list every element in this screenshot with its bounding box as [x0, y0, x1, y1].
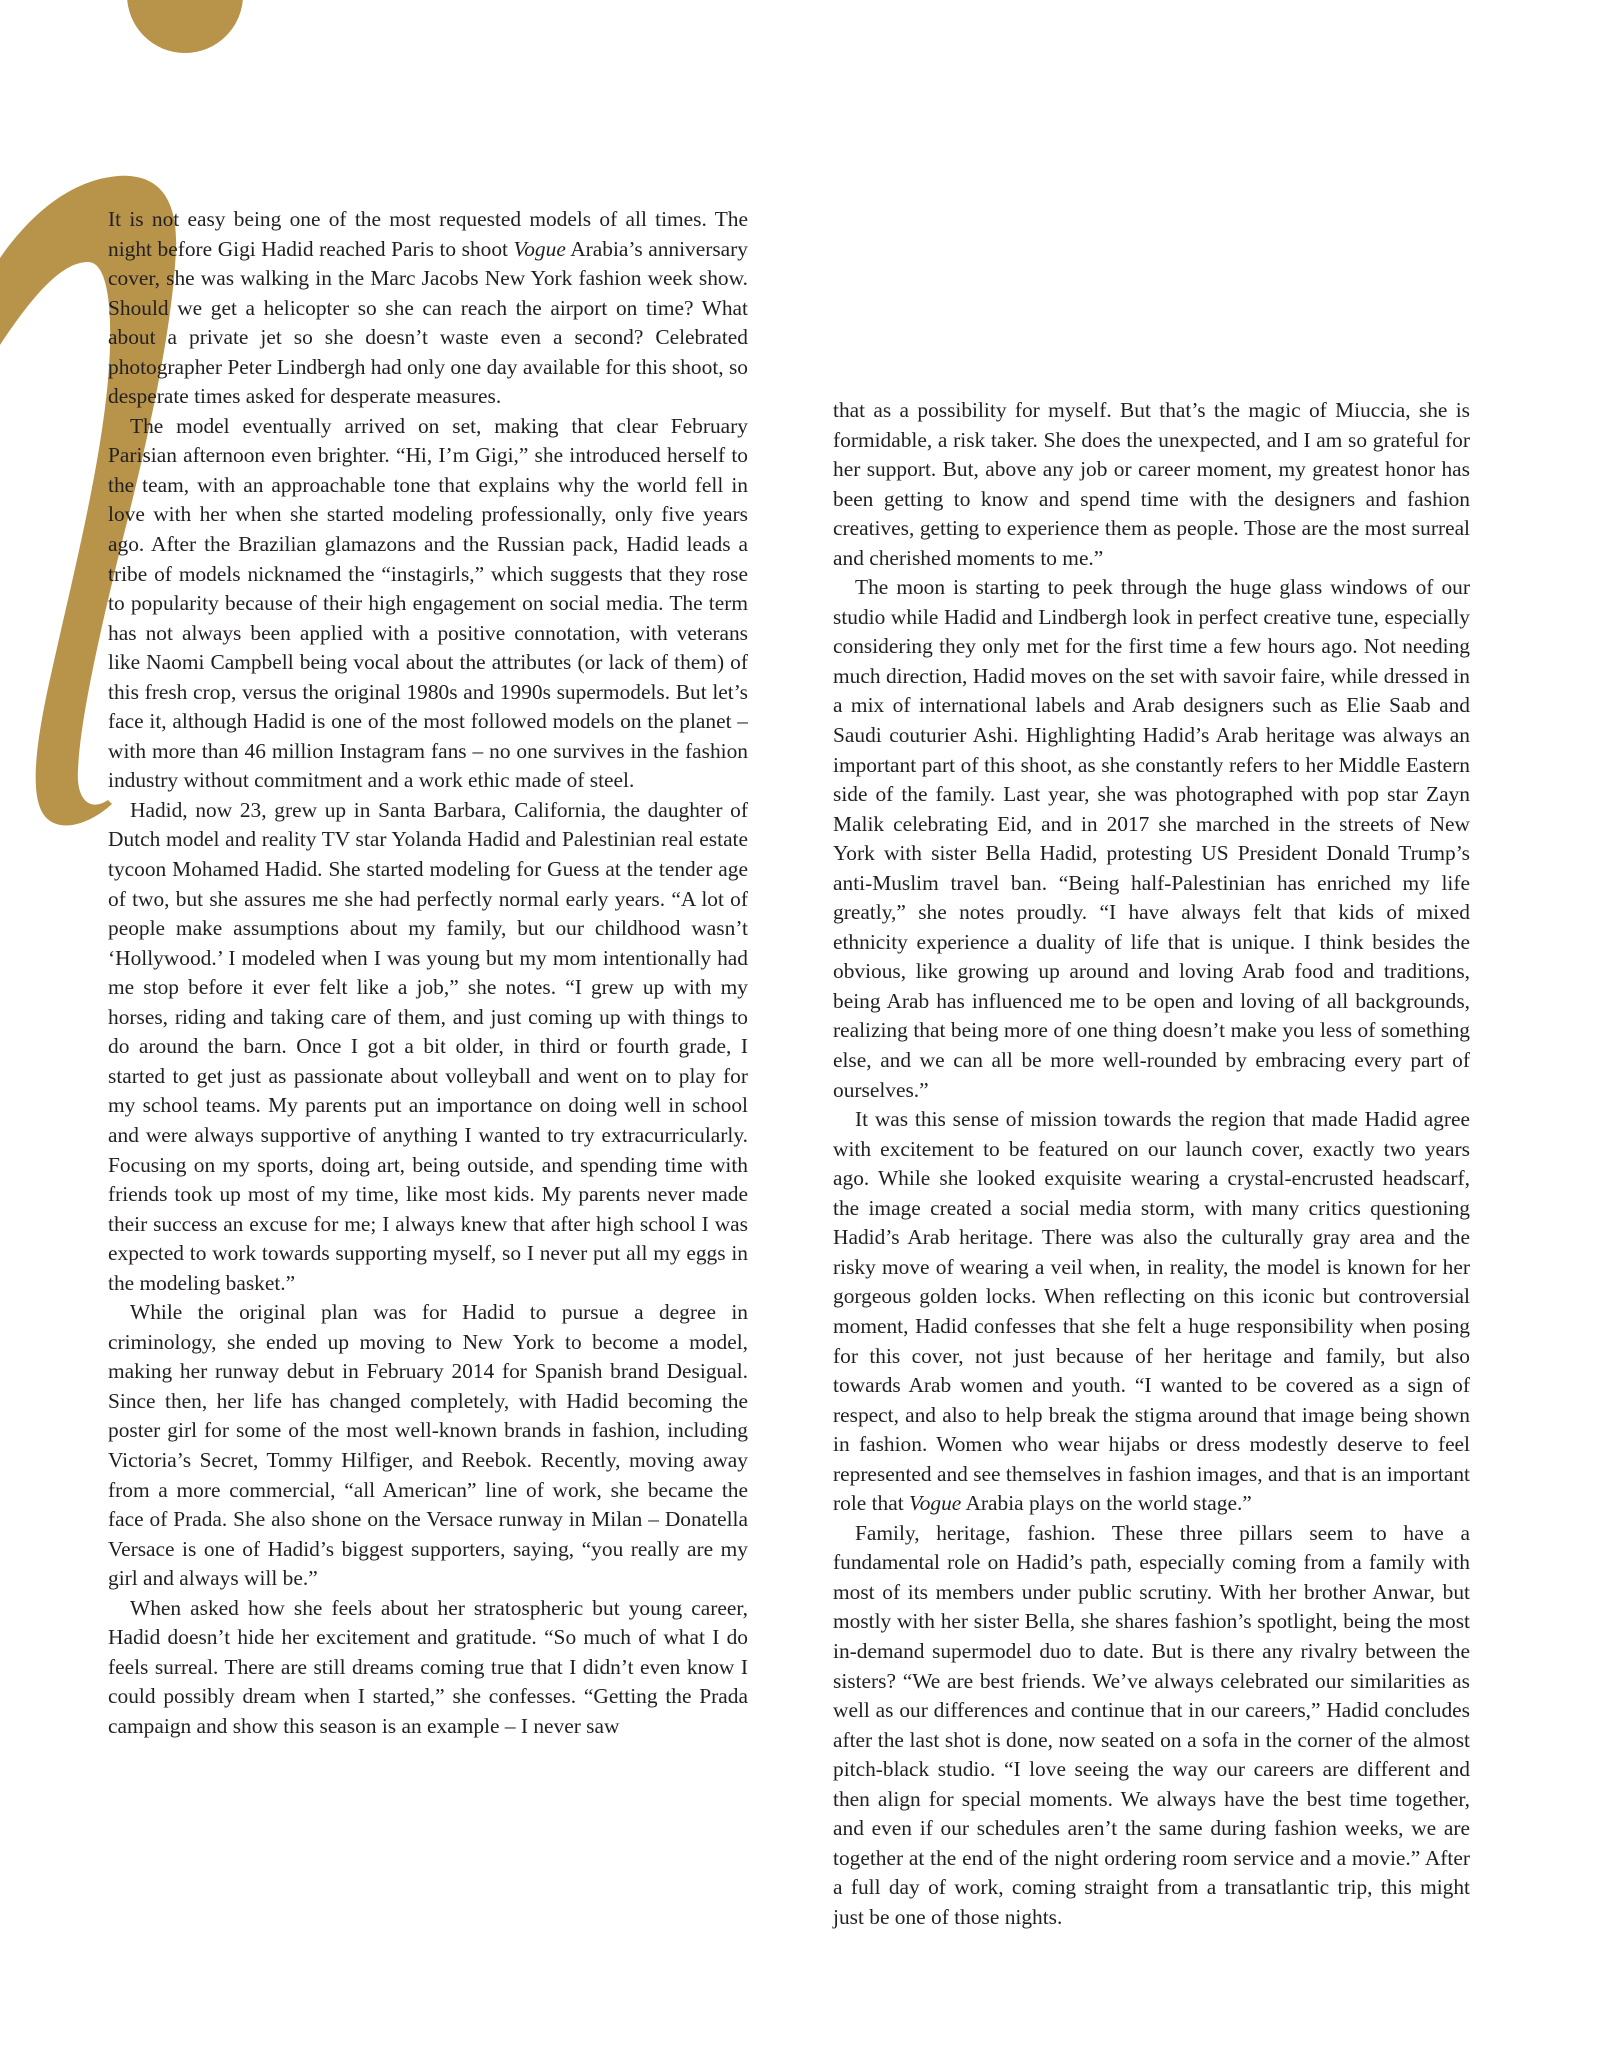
article-paragraph: While the original plan was for Hadid to… [108, 1298, 748, 1593]
article-paragraph: It was this sense of mission towards the… [833, 1105, 1470, 1519]
paragraph-text: Hadid, now 23, grew up in Santa Barbara,… [108, 798, 748, 1295]
article-column-right: that as a possibility for myself. But th… [833, 396, 1470, 1932]
paragraph-text: While the original plan was for Hadid to… [108, 1300, 748, 1590]
paragraph-text: When asked how she feels about her strat… [108, 1596, 748, 1738]
article-paragraph: It is not easy being one of the most req… [108, 205, 748, 412]
article-paragraph: The moon is starting to peek through the… [833, 573, 1470, 1105]
paragraph-text: It was this sense of mission towards the… [833, 1107, 1470, 1515]
paragraph-text: Arabia plays on the world stage.” [961, 1491, 1251, 1515]
paragraph-text: that as a possibility for myself. But th… [833, 398, 1470, 570]
article-paragraph: that as a possibility for myself. But th… [833, 396, 1470, 573]
paragraph-text: Family, heritage, fashion. These three p… [833, 1521, 1470, 1929]
publication-name-italic: Vogue [514, 237, 566, 261]
magazine-page: It is not easy being one of the most req… [0, 0, 1600, 2059]
paragraph-text: The moon is starting to peek through the… [833, 575, 1470, 1101]
paragraph-text: Arabia’s anniversary cover, she was walk… [108, 237, 748, 409]
article-paragraph: When asked how she feels about her strat… [108, 1594, 748, 1742]
article-paragraph: Hadid, now 23, grew up in Santa Barbara,… [108, 796, 748, 1298]
article-paragraph: The model eventually arrived on set, mak… [108, 412, 748, 796]
paragraph-text: The model eventually arrived on set, mak… [108, 414, 748, 793]
publication-name-italic: Vogue [909, 1491, 961, 1515]
article-paragraph: Family, heritage, fashion. These three p… [833, 1519, 1470, 1933]
article-column-left: It is not easy being one of the most req… [108, 205, 748, 1741]
dropcap-dot [127, 0, 243, 53]
